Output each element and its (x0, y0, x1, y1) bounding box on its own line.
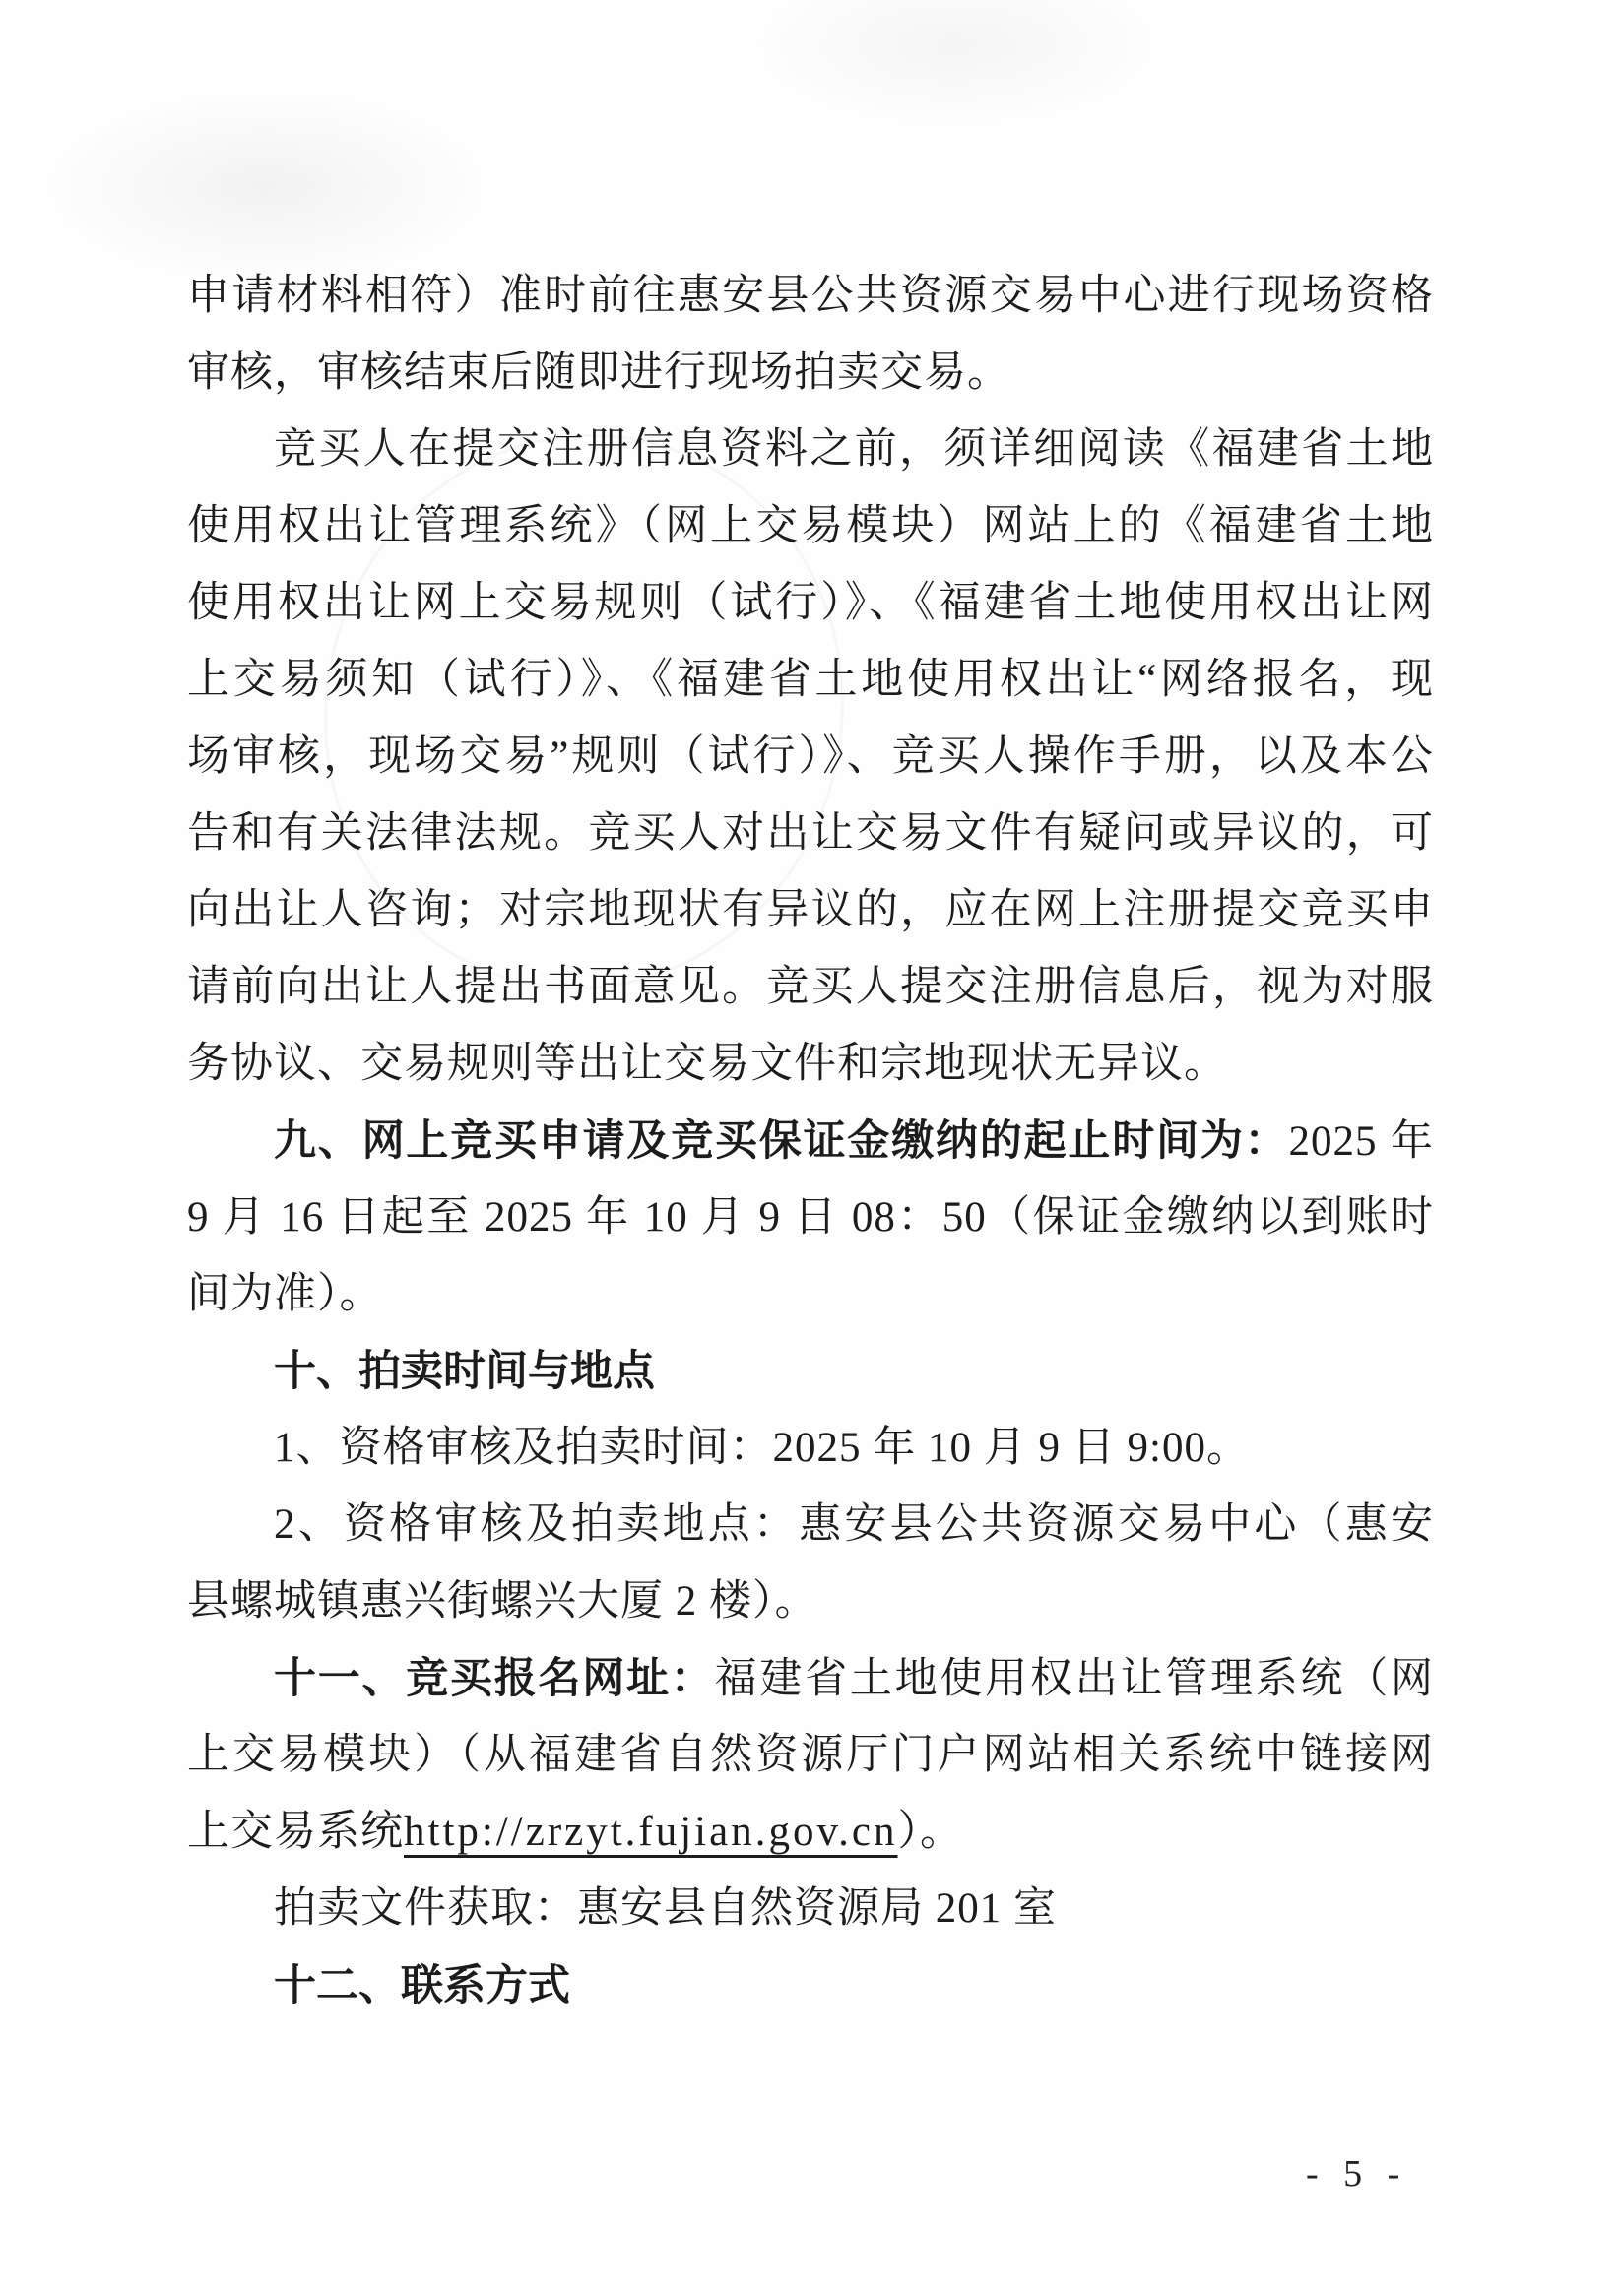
text-run: 福建省土地使用权出让管理系统（网 (715, 1656, 1434, 1702)
page-number: - 5 - (1306, 2152, 1407, 2196)
text-line: 告和有关法律法规。竞买人对出让交易文件有疑问或异议的，可 (187, 796, 1434, 872)
text-line: 十一、竞买报名网址：福建省土地使用权出让管理系统（网 (187, 1640, 1434, 1717)
scan-smudge-artifact (748, 0, 1162, 128)
text-line: 1、资格审核及拍卖时间：2025 年 10 月 9 日 9:00。 (187, 1410, 1434, 1487)
text-run: 请前向出让人提出书面意见。竞买人提交注册信息后，视为对服 (187, 964, 1434, 1010)
text-line: 上交易系统http://zrzyt.fujian.gov.cn）。 (187, 1794, 1434, 1871)
text-run: 间为准）。 (187, 1271, 383, 1317)
text-line: 申请材料相符）准时前往惠安县公共资源交易中心进行现场资格 (187, 258, 1434, 335)
text-run: 上交易模块）（从福建省自然资源厅门户网站相关系统中链接网 (187, 1732, 1434, 1778)
text-run: 使用权出让管理系统》（网上交易模块）网站上的《福建省土地 (187, 503, 1434, 549)
text-line: 上交易模块）（从福建省自然资源厅门户网站相关系统中链接网 (187, 1717, 1434, 1794)
document-body: 申请材料相符）准时前往惠安县公共资源交易中心进行现场资格审核，审核结束后随即进行… (187, 258, 1434, 2024)
text-line: 间为准）。 (187, 1256, 1434, 1333)
text-line: 务协议、交易规则等出让交易文件和宗地现状无异议。 (187, 1026, 1434, 1103)
text-line: 上交易须知（试行）》、《福建省土地使用权出让“网络报名，现 (187, 642, 1434, 719)
text-line: 场审核，现场交易”规则（试行）》、竞买人操作手册，以及本公 (187, 719, 1434, 796)
text-run: 使用权出让网上交易规则（试行）》、《福建省土地使用权出让网 (187, 580, 1434, 626)
text-run: 十、拍卖时间与地点 (274, 1347, 655, 1396)
text-line: 9 月 16 日起至 2025 年 10 月 9 日 08：50（保证金缴纳以到… (187, 1180, 1434, 1256)
text-run: 务协议、交易规则等出让交易文件和宗地现状无异议。 (187, 1041, 1227, 1087)
url-text: http://zrzyt.fujian.gov.cn (404, 1809, 898, 1855)
text-line: 十二、联系方式 (187, 1947, 1434, 2024)
text-run: 上交易须知（试行）》、《福建省土地使用权出让“网络报名，现 (187, 657, 1434, 703)
text-line: 竞买人在提交注册信息资料之前，须详细阅读《福建省土地 (187, 412, 1434, 488)
text-run: 向出让人咨询；对宗地现状有异议的，应在网上注册提交竞买申 (187, 887, 1434, 933)
text-run: 场审核，现场交易”规则（试行）》、竞买人操作手册，以及本公 (187, 733, 1434, 780)
text-run: 审核，审核结束后随即进行现场拍卖交易。 (187, 350, 1010, 396)
text-run: 拍卖文件获取：惠安县自然资源局 201 室 (274, 1885, 1057, 1932)
text-run: 告和有关法律法规。竞买人对出让交易文件有疑问或异议的，可 (187, 810, 1434, 857)
scan-smudge-artifact (39, 89, 492, 286)
text-line: 向出让人咨询；对宗地现状有异议的，应在网上注册提交竞买申 (187, 872, 1434, 949)
text-line: 使用权出让管理系统》（网上交易模块）网站上的《福建省土地 (187, 488, 1434, 565)
text-run: 竞买人在提交注册信息资料之前，须详细阅读《福建省土地 (274, 426, 1434, 473)
text-run: 2025 年 (1288, 1118, 1434, 1165)
text-line: 请前向出让人提出书面意见。竞买人提交注册信息后，视为对服 (187, 949, 1434, 1026)
text-line: 2、资格审核及拍卖地点：惠安县公共资源交易中心（惠安 (187, 1487, 1434, 1563)
text-line: 审核，审核结束后随即进行现场拍卖交易。 (187, 335, 1434, 412)
text-line: 使用权出让网上交易规则（试行）》、《福建省土地使用权出让网 (187, 565, 1434, 642)
text-run: 十一、竞买报名网址： (274, 1654, 715, 1703)
text-run: 县螺城镇惠兴街螺兴大厦 2 楼）。 (187, 1578, 818, 1625)
text-line: 县螺城镇惠兴街螺兴大厦 2 楼）。 (187, 1563, 1434, 1640)
document-page: 申请材料相符）准时前往惠安县公共资源交易中心进行现场资格审核，审核结束后随即进行… (0, 0, 1621, 2296)
text-run: ）。 (898, 1809, 964, 1855)
text-run: 上交易系统 (187, 1809, 404, 1855)
text-run: 2、资格审核及拍卖地点：惠安县公共资源交易中心（惠安 (274, 1501, 1434, 1548)
text-run: 十二、联系方式 (274, 1961, 570, 2010)
text-line: 九、网上竞买申请及竞买保证金缴纳的起止时间为：2025 年 (187, 1103, 1434, 1180)
text-run: 申请材料相符）准时前往惠安县公共资源交易中心进行现场资格 (187, 273, 1434, 319)
text-run: 九、网上竞买申请及竞买保证金缴纳的起止时间为： (274, 1116, 1288, 1166)
text-line: 拍卖文件获取：惠安县自然资源局 201 室 (187, 1871, 1434, 1947)
text-line: 十、拍卖时间与地点 (187, 1333, 1434, 1410)
text-run: 9 月 16 日起至 2025 年 10 月 9 日 08：50（保证金缴纳以到… (187, 1194, 1434, 1241)
text-run: 1、资格审核及拍卖时间：2025 年 10 月 9 日 9:00。 (274, 1425, 1250, 1471)
